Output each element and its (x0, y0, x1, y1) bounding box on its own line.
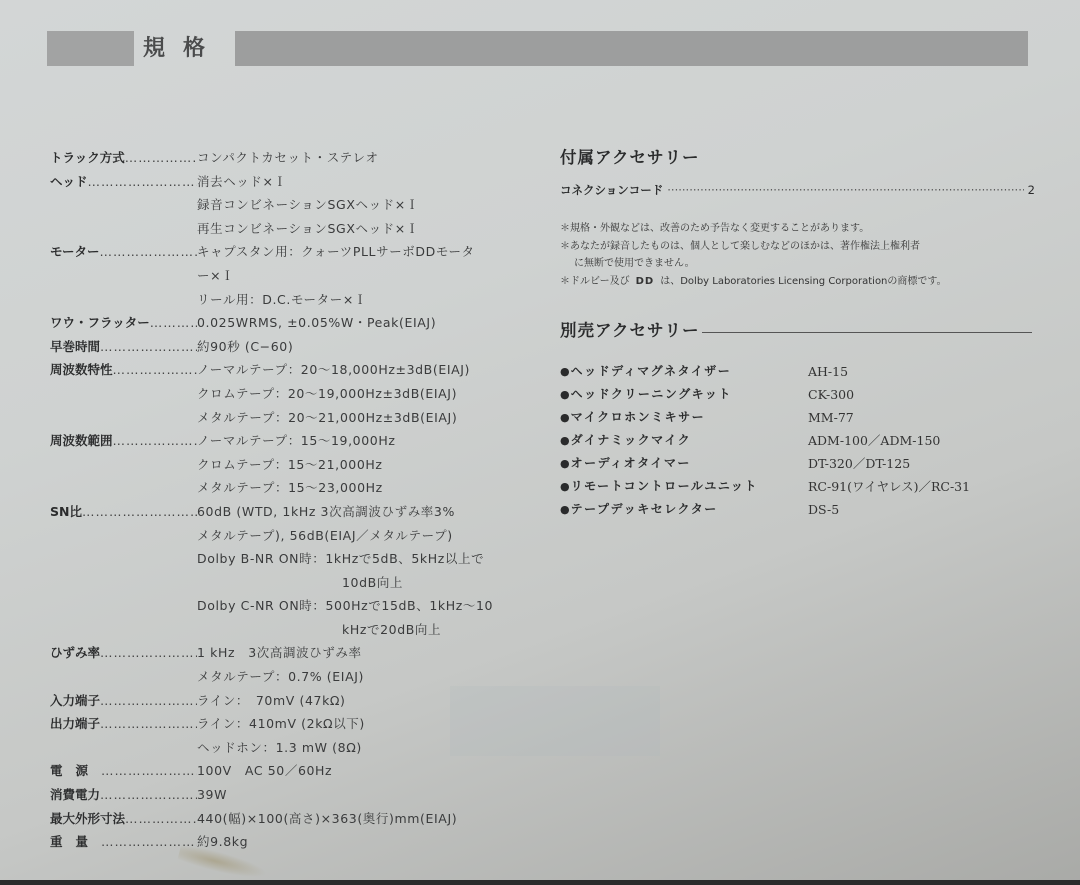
bullet-icon: ● (560, 480, 570, 493)
leader-dots (100, 641, 197, 665)
bullet-icon: ● (560, 503, 570, 516)
accessory-model: DS-5 (808, 498, 839, 521)
spec-row-track: トラック方式 コンパクトカセット・ステレオ (50, 146, 530, 170)
optional-accessory-row: ●ヘッドディマグネタイザー AH-15 (560, 360, 1035, 383)
spec-value: リール用：D.C.モーター×Ｉ (197, 288, 530, 312)
note-text: ＊ドルビー及び (560, 276, 630, 287)
accessory-name: ダイナミックマイク (571, 433, 692, 447)
spec-value: 440(幅)×100(高さ)×363(奥行)mm(EIAJ) (197, 807, 530, 831)
accessory-model: MM-77 (808, 406, 854, 429)
accessory-model: AH-15 (808, 360, 848, 383)
optional-accessory-row: ●マイクロホンミキサー MM-77 (560, 406, 1035, 429)
bullet-icon: ● (560, 365, 570, 378)
leader-dots (100, 240, 197, 264)
spec-row-consumption: 消費電力 39W (50, 783, 530, 807)
accessory-name: リモートコントロールユニット (571, 479, 758, 493)
accessory-name: ヘッドディマグネタイザー (571, 364, 732, 378)
spec-label: SN比 (50, 500, 82, 524)
note-text: は、Dolby Laboratories Licensing Corporati… (660, 276, 946, 287)
accessory-name: マイクロホンミキサー (571, 410, 706, 424)
accessory-name: ヘッドクリーニングキット (571, 387, 732, 401)
note-line: に無断で使用できません。 (560, 255, 1035, 273)
accessory-model: DT-320／DT-125 (808, 452, 910, 475)
spec-value: Dolby C-NR ON時：500Hzで15dB、1kHz〜10 (197, 594, 530, 618)
bullet-icon: ● (560, 411, 570, 424)
spec-row-fast-wind: 早巻時間 約90秒 (C−60) (50, 335, 530, 359)
spec-value: 消去ヘッド×Ｉ (197, 170, 530, 194)
optional-accessories-heading: 別売アクセサリー (560, 318, 700, 344)
spec-row-motor-cont: リール用：D.C.モーター×Ｉ (50, 288, 530, 312)
spec-value: ノーマルテープ：20〜18,000Hz±3dB(EIAJ) (197, 358, 530, 382)
spec-row-motor-cont: ー×Ｉ (50, 264, 530, 288)
spec-value: キャプスタン用：クォーツPLLサーボDDモータ (197, 240, 530, 264)
spec-value: 60dB (WTD, 1kHz 3次高調波ひずみ率3% (197, 500, 530, 524)
spec-row-head: ヘッド 消去ヘッド×Ｉ (50, 170, 530, 194)
bullet-icon: ● (560, 434, 570, 447)
included-accessory-name: コネクションコード (560, 181, 663, 199)
spec-label: 早巻時間 (50, 335, 100, 359)
spec-value: 再生コンビネーションSGXヘッド×Ｉ (197, 217, 530, 241)
included-accessory-qty: 2 (1028, 181, 1035, 199)
spec-value: ー×Ｉ (197, 264, 530, 288)
spec-row-freq-range-cont: クロムテープ：15〜21,000Hz (50, 453, 530, 477)
accessory-model: ADM-100／ADM-150 (808, 429, 940, 452)
optional-accessories-heading-row: 別売アクセサリー (560, 318, 1035, 344)
leader-dots (125, 146, 197, 170)
spec-label: 出力端子 (50, 712, 100, 736)
optional-accessory-row: ●ダイナミックマイク ADM-100／ADM-150 (560, 429, 1035, 452)
spec-value: メタルテープ：15〜23,000Hz (197, 476, 530, 500)
spec-value: 1 kHz 3次高調波ひずみ率 (197, 641, 530, 665)
spec-value: メタルテープ), 56dB(EIAJ／メタルテープ) (197, 524, 530, 548)
header-bar-left (47, 31, 134, 66)
spec-value: kHzで20dB向上 (197, 618, 530, 642)
spec-row-freq-response: 周波数特性 ノーマルテープ：20〜18,000Hz±3dB(EIAJ) (50, 358, 530, 382)
leader-dots (100, 689, 197, 713)
spec-row-dimensions: 最大外形寸法 440(幅)×100(高さ)×363(奥行)mm(EIAJ) (50, 807, 530, 831)
show-through-mark (450, 686, 660, 756)
spec-row-head-cont: 録音コンビネーションSGXヘッド×Ｉ (50, 193, 530, 217)
spec-label: ワウ・フラッター (50, 311, 150, 335)
spec-row-freq-response-cont: クロムテープ：20〜19,000Hz±3dB(EIAJ) (50, 382, 530, 406)
spec-label: 入力端子 (50, 689, 100, 713)
spec-value: 録音コンビネーションSGXヘッド×Ｉ (197, 193, 530, 217)
spec-row-freq-range-cont: メタルテープ：15〜23,000Hz (50, 476, 530, 500)
spec-value: 約9.8kg (197, 830, 530, 854)
leader-dots (100, 712, 197, 736)
spec-value: ノーマルテープ：15〜19,000Hz (197, 429, 530, 453)
note-line: ＊あなたが録音したものは、個人として楽しむなどのほかは、著作権法上権利者 (560, 238, 1035, 256)
optional-accessory-row: ●テープデッキセレクター DS-5 (560, 498, 1035, 521)
spec-row-weight: 重量 約9.8kg (50, 830, 530, 854)
bullet-icon: ● (560, 457, 570, 470)
leader-dots (113, 429, 197, 453)
spec-value: コンパクトカセット・ステレオ (197, 146, 530, 170)
spec-row-freq-range: 周波数範囲 ノーマルテープ：15〜19,000Hz (50, 429, 530, 453)
spec-value: 0.025WRMS, ±0.05%W・Peak(EIAJ) (197, 311, 530, 335)
leader-dots (101, 759, 197, 783)
spec-label: モーター (50, 240, 100, 264)
spec-row-motor: モーター キャプスタン用：クォーツPLLサーボDDモータ (50, 240, 530, 264)
spec-label: 周波数特性 (50, 358, 113, 382)
spec-value: クロムテープ：15〜21,000Hz (197, 453, 530, 477)
spec-row-snr: SN比 60dB (WTD, 1kHz 3次高調波ひずみ率3% (50, 500, 530, 524)
spec-value: Dolby B-NR ON時：1kHzで5dB、5kHz以上で (197, 547, 530, 571)
spec-row-snr-cont: Dolby B-NR ON時：1kHzで5dB、5kHz以上で (50, 547, 530, 571)
notes: ＊規格・外観などは、改善のため予告なく変更することがあります。 ＊あなたが録音し… (560, 220, 1035, 290)
spec-label: トラック方式 (50, 146, 125, 170)
leader-dots (113, 358, 197, 382)
spec-page: 規格 トラック方式 コンパクトカセット・ステレオ ヘッド 消去ヘッド×Ｉ 録音コ… (0, 0, 1080, 885)
spec-value: クロムテープ：20〜19,000Hz±3dB(EIAJ) (197, 382, 530, 406)
leader-dots (125, 807, 197, 831)
spec-row-snr-cont: 10dB向上 (50, 571, 530, 595)
spec-row-distortion: ひずみ率 1 kHz 3次高調波ひずみ率 (50, 641, 530, 665)
optional-accessory-list: ●ヘッドディマグネタイザー AH-15 ●ヘッドクリーニングキット CK-300… (560, 360, 1035, 521)
optional-accessory-row: ●ヘッドクリーニングキット CK-300 (560, 383, 1035, 406)
spec-value: 10dB向上 (197, 571, 530, 595)
spec-label: 重量 (50, 830, 101, 854)
spec-row-head-cont: 再生コンビネーションSGXヘッド×Ｉ (50, 217, 530, 241)
dolby-dd-logo-icon: DD (636, 273, 655, 291)
accessory-name: オーディオタイマー (571, 456, 691, 470)
bullet-icon: ● (560, 388, 570, 401)
header-bar-right (235, 31, 1028, 66)
spec-label: 周波数範囲 (50, 429, 113, 453)
optional-accessory-row: ●オーディオタイマー DT-320／DT-125 (560, 452, 1035, 475)
leader-dots (667, 181, 1023, 199)
spec-value: 100V AC 50／60Hz (197, 759, 530, 783)
spec-label: 消費電力 (50, 783, 100, 807)
spec-row-snr-cont: メタルテープ), 56dB(EIAJ／メタルテープ) (50, 524, 530, 548)
leader-dots (88, 170, 197, 194)
spec-label: 最大外形寸法 (50, 807, 125, 831)
accessory-model: RC-91(ワイヤレス)／RC-31 (808, 475, 970, 498)
spec-row-snr-cont: Dolby C-NR ON時：500Hzで15dB、1kHz〜10 (50, 594, 530, 618)
accessory-name: テープデッキセレクター (571, 502, 718, 516)
spec-label: 電源 (50, 759, 101, 783)
accessory-model: CK-300 (808, 383, 854, 406)
leader-dots (150, 311, 197, 335)
spec-row-power: 電源 100V AC 50／60Hz (50, 759, 530, 783)
spec-row-wow-flutter: ワウ・フラッター 0.025WRMS, ±0.05%W・Peak(EIAJ) (50, 311, 530, 335)
accessories-column: 付属アクセサリー コネクションコード 2 ＊規格・外観などは、改善のため予告なく… (560, 145, 1035, 521)
spec-row-freq-response-cont: メタルテープ：20〜21,000Hz±3dB(EIAJ) (50, 406, 530, 430)
spec-label: ひずみ率 (50, 641, 100, 665)
note-line-dolby: ＊ドルビー及びDDは、Dolby Laboratories Licensing … (560, 273, 1035, 291)
included-accessory-row: コネクションコード 2 (560, 181, 1035, 199)
included-accessories-heading: 付属アクセサリー (560, 145, 1035, 171)
leader-dots (82, 500, 197, 524)
spec-row-snr-cont: kHzで20dB向上 (50, 618, 530, 642)
page-title: 規格 (143, 33, 223, 65)
spec-label: ヘッド (50, 170, 88, 194)
spec-value: 約90秒 (C−60) (197, 335, 530, 359)
leader-dots (100, 335, 197, 359)
spec-value: 39W (197, 783, 530, 807)
leader-dots (100, 783, 197, 807)
note-line: ＊規格・外観などは、改善のため予告なく変更することがあります。 (560, 220, 1035, 238)
optional-accessory-row: ●リモートコントロールユニット RC-91(ワイヤレス)／RC-31 (560, 475, 1035, 498)
heading-rule (702, 332, 1032, 333)
page-bottom-edge (0, 880, 1080, 885)
spec-value: メタルテープ：20〜21,000Hz±3dB(EIAJ) (197, 406, 530, 430)
